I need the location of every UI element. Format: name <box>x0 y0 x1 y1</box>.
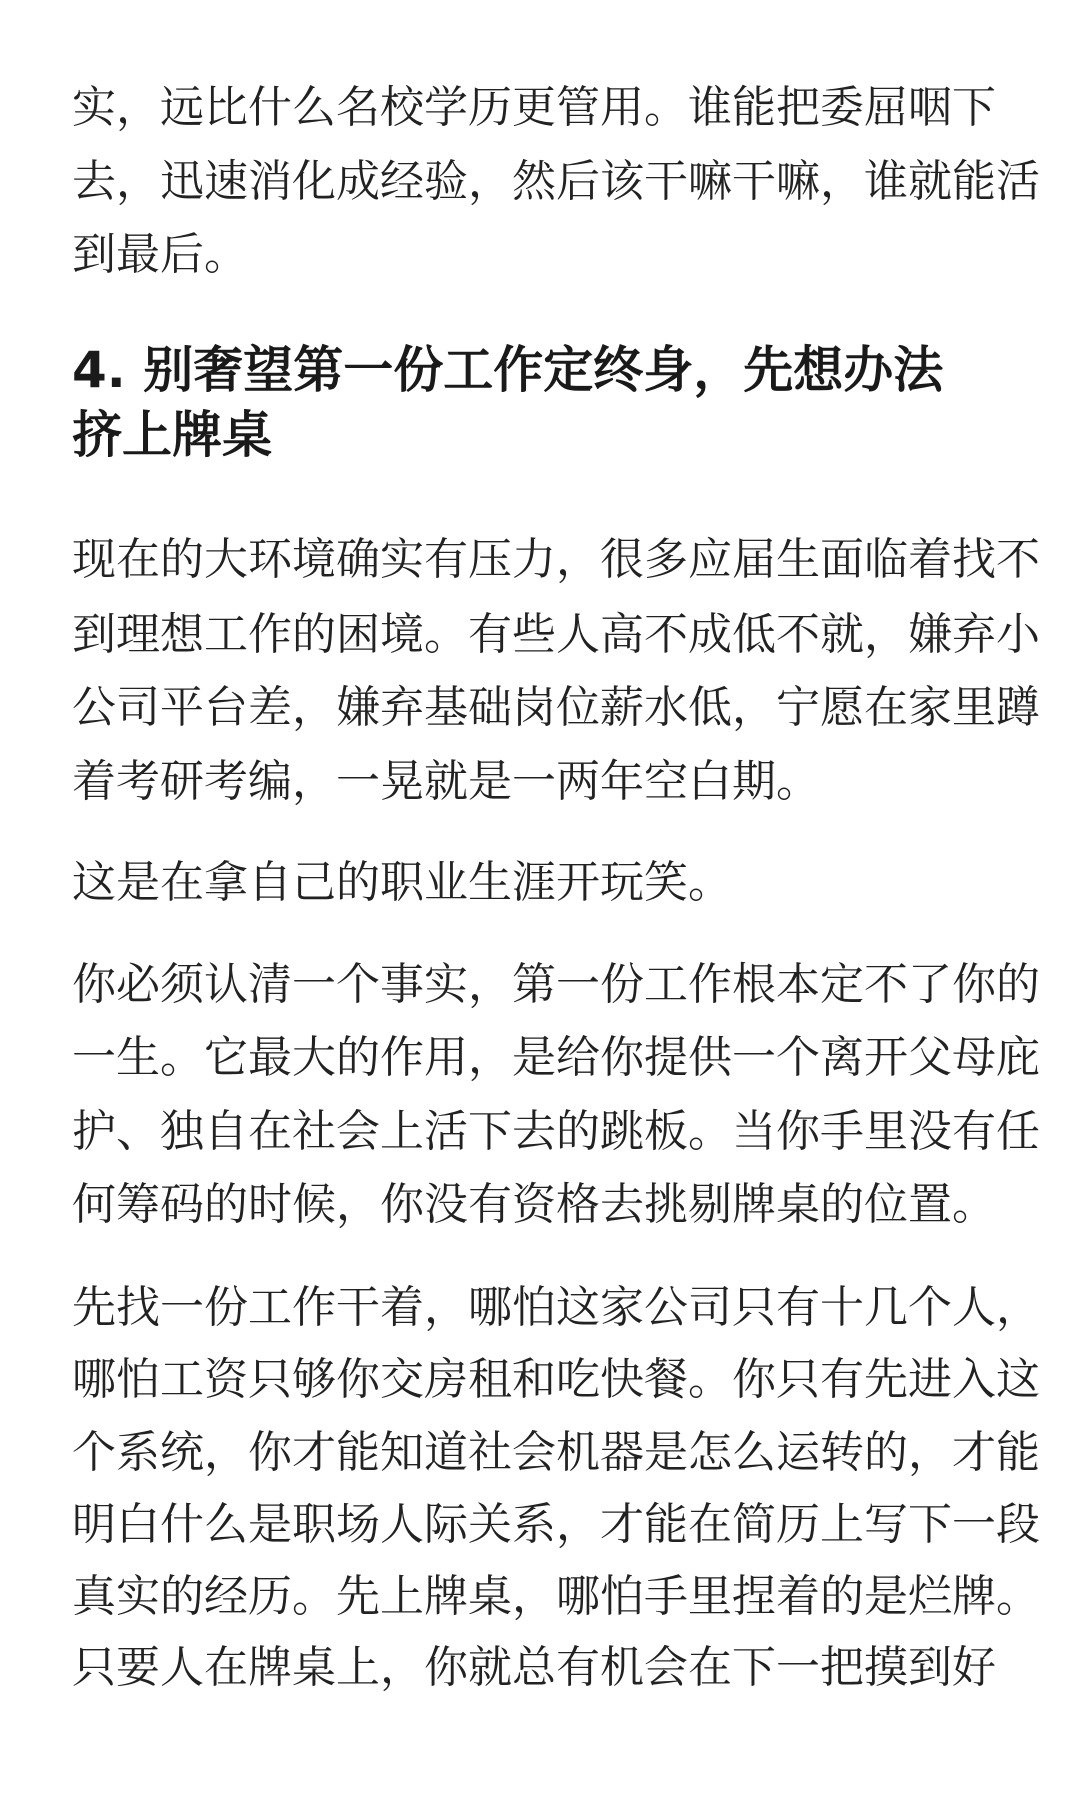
text-line: 先找一份工作干着，哪怕这家公司只有十几个人， <box>72 1271 1040 1344</box>
text-line: 现在的大环境确实有压力，很多应届生面临着找不 <box>72 523 1040 596</box>
text-line: 你必须认清一个事实，第一份工作根本定不了你的 <box>72 948 1040 1021</box>
heading-line: 挤上牌桌 <box>72 403 272 468</box>
text-line: 公司平台差，嫌弃基础岗位薪水低，宁愿在家里蹲 <box>72 671 1040 744</box>
text-line: 真实的经历。先上牌桌，哪怕手里捏着的是烂牌。 <box>72 1560 1040 1633</box>
text-line: 哪怕工资只够你交房租和吃快餐。你只有先进入这 <box>72 1343 1040 1416</box>
text-line: 只要人在牌桌上，你就总有机会在下一把摸到好 <box>72 1631 996 1704</box>
text-line: 何筹码的时候，你没有资格去挑剔牌桌的位置。 <box>72 1168 996 1241</box>
text-line: 去，迅速消化成经验，然后该干嘛干嘛，谁就能活 <box>72 145 1040 218</box>
text-line: 一生。它最大的作用，是给你提供一个离开父母庇 <box>72 1021 1040 1094</box>
article-body: 实，远比什么名校学历更管用。谁能把委屈咽下 去，迅速消化成经验，然后该干嘛干嘛，… <box>0 0 1080 1800</box>
heading-line: 4. 别奢望第一份工作定终身，先想办法 <box>72 338 943 403</box>
text-line: 实，远比什么名校学历更管用。谁能把委屈咽下 <box>72 71 996 144</box>
text-line: 到理想工作的困境。有些人高不成低不就，嫌弃小 <box>72 598 1040 671</box>
text-line: 护、独自在社会上活下去的跳板。当你手里没有任 <box>72 1095 1040 1168</box>
text-line: 个系统，你才能知道社会机器是怎么运转的，才能 <box>72 1416 1040 1489</box>
text-line: 明白什么是职场人际关系，才能在简历上写下一段 <box>72 1488 1040 1561</box>
text-line: 着考研考编，一晃就是一两年空白期。 <box>72 745 820 818</box>
text-line: 这是在拿自己的职业生涯开玩笑。 <box>72 846 732 919</box>
text-line: 到最后。 <box>72 218 248 291</box>
